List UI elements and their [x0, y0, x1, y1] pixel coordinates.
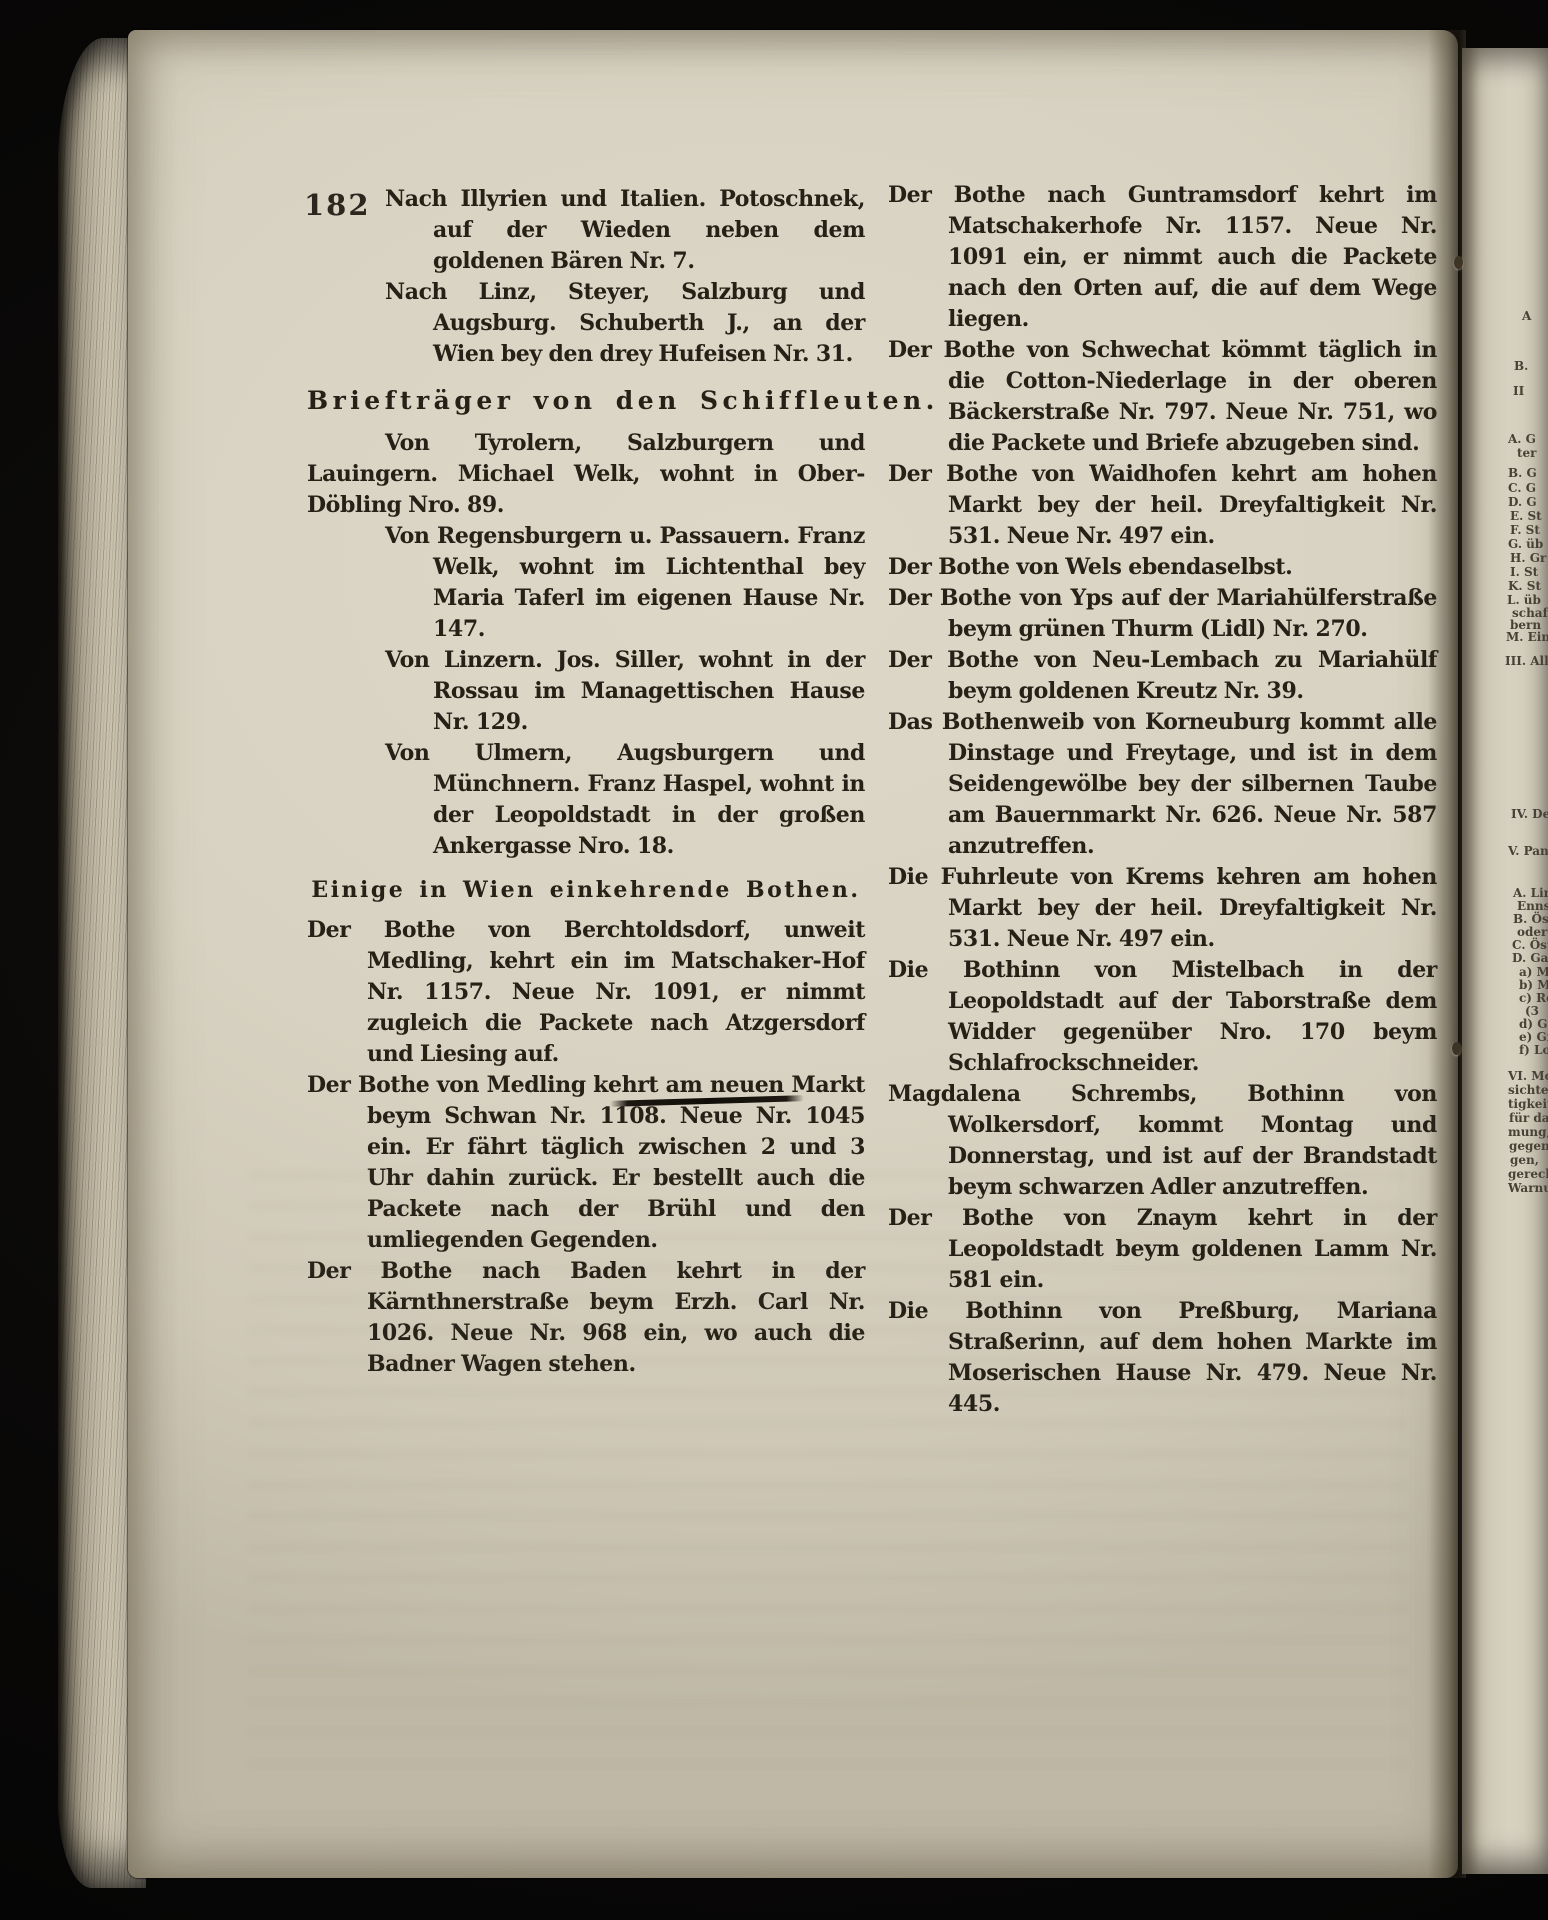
adjacent-page-text-fragment: gegen d: [1509, 1140, 1548, 1152]
directory-entry: Die Fuhrleute von Krems kehren am hohen …: [888, 862, 1437, 955]
adjacent-page-text-fragment: III. Allg: [1505, 655, 1548, 667]
adjacent-page-text-fragment: A: [1522, 310, 1531, 322]
adjacent-page-text-fragment: f) Lo: [1519, 1044, 1548, 1056]
adjacent-page-text-fragment: c) Re: [1519, 992, 1548, 1004]
adjacent-page-text-fragment: D. G: [1508, 496, 1537, 508]
adjacent-page-text-fragment: B. Österr: [1513, 913, 1548, 925]
book-page: 182 Nach Illyrien und Italien. Potoschne…: [128, 30, 1458, 1878]
directory-entry: Von Linzern. Jos. Siller, wohnt in der R…: [307, 645, 865, 738]
directory-entry: Der Bothe von Wels ebendaselbst.: [888, 552, 1437, 583]
adjacent-page-text-fragment: B.: [1514, 360, 1528, 372]
directory-entry: Der Bothe von Schwechat kömmt täglich in…: [888, 335, 1437, 459]
adjacent-page-text-fragment: A. G: [1508, 433, 1536, 445]
adjacent-page-text-fragment: Warnu: [1508, 1182, 1548, 1194]
adjacent-page-text-fragment: a) M: [1519, 966, 1548, 978]
adjacent-page-text-fragment: sichtern: [1508, 1084, 1548, 1096]
adjacent-page-text-fragment: (3: [1525, 1005, 1539, 1017]
directory-entry: Magdalena Schrembs, Bothinn von Wolkersd…: [888, 1079, 1437, 1203]
adjacent-page-text-fragment: b) M: [1519, 979, 1548, 991]
adjacent-page-text-fragment: Enns.: [1517, 900, 1548, 912]
adjacent-page-text-fragment: C. Öster: [1512, 939, 1548, 951]
directory-entry: Der Bothe von Neu-Lembach zu Mariahülf b…: [888, 645, 1437, 707]
adjacent-page-text-fragment: ter: [1517, 447, 1537, 459]
adjacent-page-text-fragment: mung, v: [1508, 1126, 1548, 1138]
adjacent-page-text-fragment: I. St: [1510, 566, 1538, 578]
adjacent-page-text-fragment: für das: [1509, 1112, 1548, 1124]
directory-entry: Nach Linz, Steyer, Salzburg und Augsburg…: [307, 277, 865, 370]
adjacent-page-text-fragment: F. St: [1510, 524, 1540, 536]
directory-entry: Die Bothinn von Preßburg, Mariana Straße…: [888, 1296, 1437, 1420]
directory-entry: Der Bothe nach Guntramsdorf kehrt im Mat…: [888, 180, 1437, 335]
adjacent-page-text-fragment: gen,: [1510, 1154, 1539, 1166]
adjacent-page-text-fragment: V. Pantl: [1508, 845, 1548, 857]
binding-hole: [1452, 1042, 1461, 1055]
binding-hole: [1454, 256, 1463, 269]
adjacent-page-text-fragment: H. Gr: [1510, 552, 1546, 564]
adjacent-page-text-fragment: IV. Deu: [1511, 808, 1548, 820]
adjacent-page-text-fragment: G. üb: [1508, 538, 1543, 550]
directory-entry: Von Tyrolern, Salzburgern und Lauingern.…: [307, 428, 865, 521]
adjacent-page-text-fragment: VI. Mo: [1508, 1070, 1548, 1082]
next-page-sliver: AB.IIA. GterB. GC. GD. GE. StF. StG. übH…: [1462, 48, 1548, 1874]
directory-entry: Von Ulmern, Augsburgern und Münchnern. F…: [307, 738, 865, 862]
directory-entry: Der Bothe nach Baden kehrt in der Kärnth…: [307, 1256, 865, 1380]
directory-entry: Von Regensburgern u. Passauern. Franz We…: [307, 521, 865, 645]
right-text-column: Der Bothe nach Guntramsdorf kehrt im Mat…: [888, 180, 1437, 1420]
adjacent-page-text-fragment: L. üb: [1507, 594, 1541, 606]
directory-entry: Der Bothe von Znaym kehrt in der Leopold…: [888, 1203, 1437, 1296]
directory-entry: Die Bothinn von Mistelbach in der Leopol…: [888, 955, 1437, 1079]
gutter-crease: [1428, 30, 1466, 1878]
adjacent-page-text-fragment: K. St: [1508, 580, 1541, 592]
adjacent-page-text-fragment: B. G: [1508, 467, 1537, 479]
directory-entry: Der Bothe von Waidhofen kehrt am hohen M…: [888, 459, 1437, 552]
adjacent-page-text-fragment: e) Gr: [1519, 1031, 1548, 1043]
left-text-column: Nach Illyrien und Italien. Potoschnek, a…: [307, 184, 865, 1380]
adjacent-page-text-fragment: C. G: [1508, 482, 1536, 494]
directory-entry: Nach Illyrien und Italien. Potoschnek, a…: [307, 184, 865, 277]
directory-entry: Der Bothe von Yps auf der Mariahülferstr…: [888, 583, 1437, 645]
adjacent-page-text-fragment: E. St: [1510, 510, 1542, 522]
adjacent-page-text-fragment: tigkeit,: [1508, 1098, 1548, 1110]
section-heading: Briefträger von den Schiffleuten.: [307, 385, 865, 416]
adjacent-page-text-fragment: M. Ein: [1506, 631, 1548, 643]
directory-entry: Der Bothe von Berchtoldsdorf, unweit Med…: [307, 915, 865, 1070]
directory-entry: Das Bothenweib von Korneuburg kommt alle…: [888, 707, 1437, 862]
adjacent-page-text-fragment: d) Gu: [1519, 1018, 1548, 1030]
section-heading: Einige in Wien einkehrende Bothen.: [307, 875, 865, 906]
adjacent-page-text-fragment: gerecht: [1508, 1168, 1548, 1180]
adjacent-page-text-fragment: D. Gall: [1512, 952, 1548, 964]
adjacent-page-text-fragment: II: [1513, 385, 1524, 397]
adjacent-page-text-fragment: A. Lin: [1513, 887, 1548, 899]
adjacent-page-text-fragment: oder g: [1517, 926, 1548, 938]
